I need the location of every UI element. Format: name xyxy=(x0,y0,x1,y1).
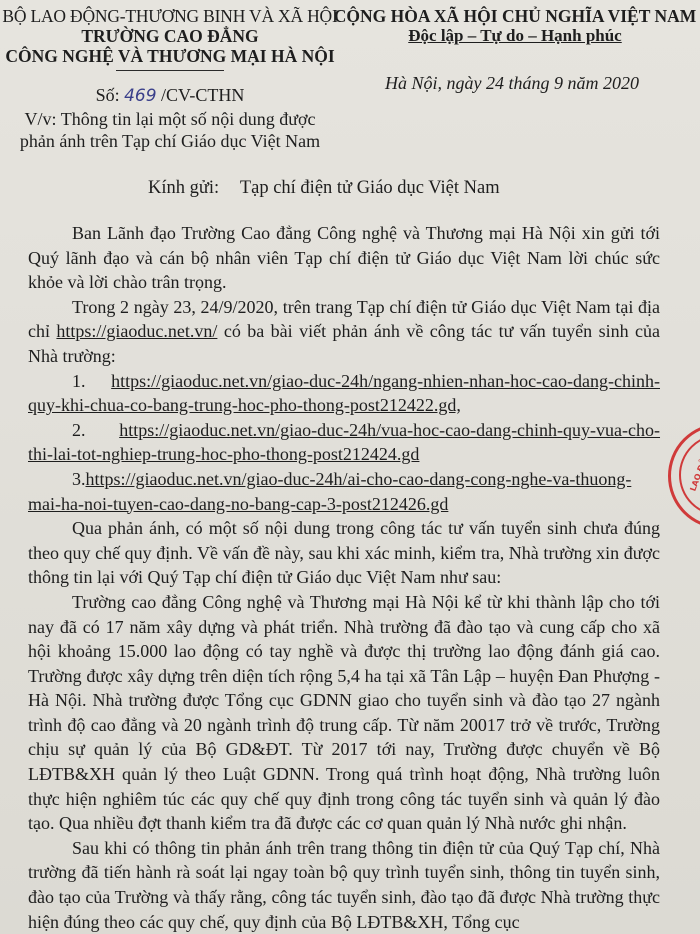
paragraph-school-info: Trường cao đẳng Công nghệ và Thương mại … xyxy=(28,590,660,836)
document-number: Số: 469 /CV-CTHN xyxy=(0,85,340,106)
article-number: 2. xyxy=(72,420,97,440)
letter-body: Ban Lãnh đạo Trường Cao đẳng Công nghệ v… xyxy=(28,221,660,934)
greeting-recipient: Tạp chí điện tử Giáo dục Việt Nam xyxy=(240,178,500,198)
paragraph-review: Sau khi có thông tin phản ánh trên trang… xyxy=(28,836,660,934)
document-date: Hà Nội, ngày 24 tháng 9 năm 2020 xyxy=(385,73,639,94)
subject-line2: phản ánh trên Tạp chí Giáo dục Việt Nam xyxy=(0,130,340,152)
paragraph-response-intro: Qua phản ánh, có một số nội dung trong c… xyxy=(28,516,660,590)
doc-number-suffix: /CV-CTHN xyxy=(161,85,244,105)
document-subject: V/v: Thông tin lại một số nội dung được … xyxy=(0,108,340,152)
site-link[interactable]: https://giaoduc.net.vn/ xyxy=(56,321,217,341)
doc-number-prefix: Số: xyxy=(96,85,120,105)
school-name-line1: TRƯỜNG CAO ĐẲNG xyxy=(0,26,340,46)
ministry-name: BỘ LAO ĐỘNG-THƯƠNG BINH VÀ XÃ HỘI xyxy=(0,6,340,26)
article-number: 1. xyxy=(72,371,111,391)
article-link-item: 3.https://giaoduc.net.vn/giao-duc-24h/ai… xyxy=(28,467,660,516)
issuer-header: BỘ LAO ĐỘNG-THƯƠNG BINH VÀ XÃ HỘI TRƯỜNG… xyxy=(0,6,340,71)
article-link-item: 2. https://giaoduc.net.vn/giao-duc-24h/v… xyxy=(28,418,660,467)
paragraph-context: Trong 2 ngày 23, 24/9/2020, trên trang T… xyxy=(28,295,660,369)
header-divider xyxy=(116,70,224,71)
doc-number-handwritten: 469 xyxy=(124,86,156,106)
greeting: Kính gửi: Tạp chí điện tử Giáo dục Việt … xyxy=(148,178,500,199)
article-link-item: 1. https://giaoduc.net.vn/giao-duc-24h/n… xyxy=(28,369,660,418)
country-name: CỘNG HÒA XÃ HỘI CHỦ NGHĨA VIỆT NAM xyxy=(330,6,700,26)
red-seal-stamp: LAO ĐỘNG xyxy=(668,423,700,529)
school-name-line2: CÔNG NGHỆ VÀ THƯƠNG MẠI HÀ NỘI xyxy=(0,46,340,66)
paragraph-greeting: Ban Lãnh đạo Trường Cao đẳng Công nghệ v… xyxy=(28,221,660,295)
article-number: 3. xyxy=(72,469,86,489)
article-link[interactable]: https://giaoduc.net.vn/giao-duc-24h/ai-c… xyxy=(28,469,631,514)
national-header: CỘNG HÒA XÃ HỘI CHỦ NGHĨA VIỆT NAM Độc l… xyxy=(330,6,700,46)
national-motto: Độc lập – Tự do – Hạnh phúc xyxy=(330,26,700,46)
greeting-label: Kính gửi: xyxy=(148,178,219,198)
subject-line1: V/v: Thông tin lại một số nội dung được xyxy=(0,108,340,130)
article-link[interactable]: https://giaoduc.net.vn/giao-duc-24h/vua-… xyxy=(28,420,660,465)
stamp-text: LAO ĐỘNG xyxy=(688,445,700,493)
article-link[interactable]: https://giaoduc.net.vn/giao-duc-24h/ngan… xyxy=(28,371,660,416)
